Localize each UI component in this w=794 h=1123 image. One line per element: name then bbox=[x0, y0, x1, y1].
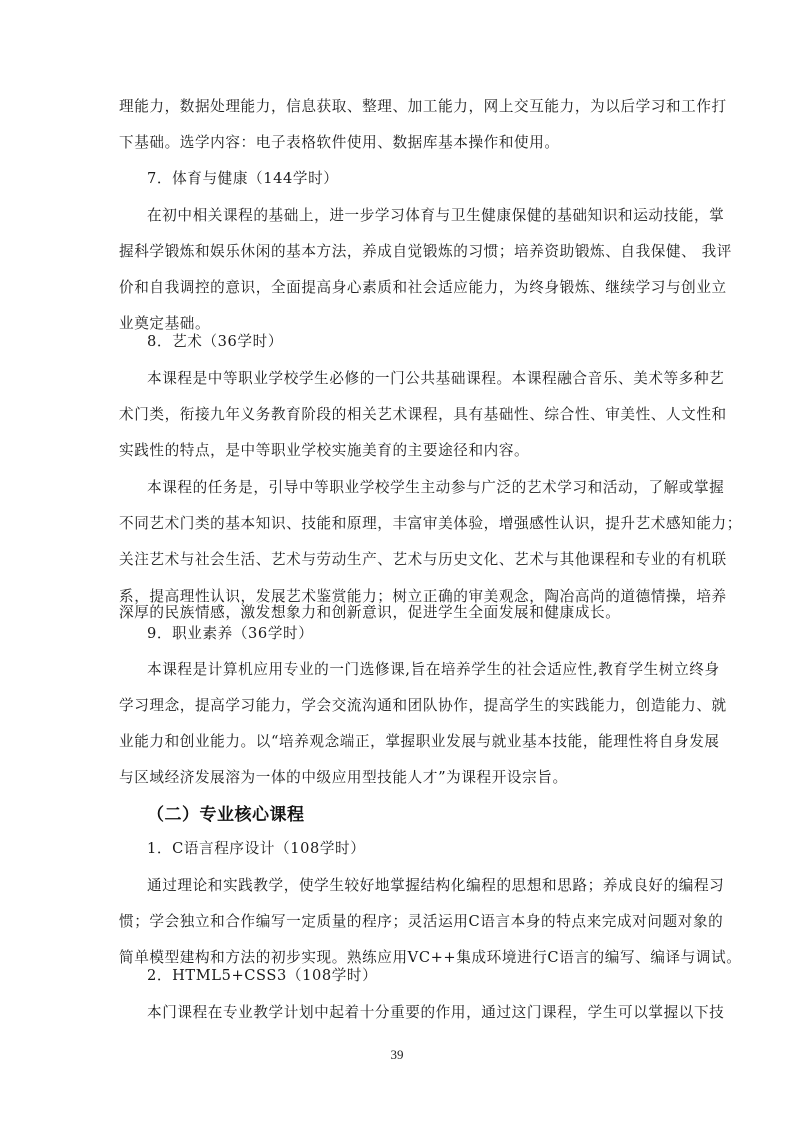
paragraph-line: 在初中相关课程的基础上，进一步学习体育与卫生健康保健的基础知识和运动技能，掌 bbox=[147, 206, 679, 226]
paragraph-line: 握科学锻炼和娱乐休闲的基本方法，养成自觉锻炼的习惯；培养资助锻炼、自我保健、 我… bbox=[119, 242, 679, 262]
paragraph-line: 价和自我调控的意识，全面提高身心素质和社会适应能力，为终身锻炼、继续学习与创业立 bbox=[119, 278, 679, 298]
paragraph-line: 与区域经济发展溶为一体的中级应用型技能人才”为课程开设宗旨。 bbox=[119, 768, 679, 788]
document-page: 理能力，数据处理能力，信息获取、整理、加工能力，网上交互能力，为以后学习和工作打… bbox=[0, 0, 794, 1123]
item-heading-c-programming: 1．C语言程序设计（108学时） bbox=[147, 839, 679, 859]
paragraph-line: 术门类，衔接九年义务教育阶段的相关艺术课程，具有基础性、综合性、审美性、人文性和 bbox=[119, 405, 679, 425]
paragraph-line: 下基础。选学内容：电子表格软件使用、数据库基本操作和使用。 bbox=[119, 133, 679, 153]
paragraph-line: 不同艺术门类的基本知识、技能和原理，丰富审美体验，增强感性认识，提升艺术感知能力… bbox=[119, 514, 679, 534]
paragraph-line: 简单模型建构和方法的初步实现。熟练应用VC++集成环境进行C语言的编写、编译与调… bbox=[119, 948, 679, 968]
section-heading: （二）专业核心课程 bbox=[147, 804, 305, 826]
page-number: 39 bbox=[0, 1047, 794, 1063]
item-heading-art: 8．艺术（36学时） bbox=[147, 332, 679, 352]
paragraph-line: 本课程的任务是，引导中等职业学校学生主动参与广泛的艺术学习和活动，了解或掌握 bbox=[147, 478, 679, 498]
paragraph-line: 关注艺术与社会生活、艺术与劳动生产、艺术与历史文化、艺术与其他课程和专业的有机联 bbox=[119, 550, 679, 570]
paragraph-line: 本课程是中等职业学校学生必修的一门公共基础课程。本课程融合音乐、美术等多种艺 bbox=[147, 369, 679, 389]
item-heading-pe: 7．体育与健康（144学时） bbox=[147, 169, 679, 189]
paragraph-line: 学习理念，提高学习能力，学会交流沟通和团队协作，提高学生的实践能力，创造能力、就 bbox=[119, 696, 679, 716]
paragraph-line: 业奠定基础。 bbox=[119, 314, 679, 334]
paragraph-line: 理能力，数据处理能力，信息获取、整理、加工能力，网上交互能力，为以后学习和工作打 bbox=[119, 97, 679, 117]
paragraph-line: 本课程是计算机应用专业的一门选修课,旨在培养学生的社会适应性,教育学生树立终身 bbox=[147, 660, 679, 680]
paragraph-line: 业能力和创业能力。以“培养观念端正，掌握职业发展与就业基本技能，能理性将自身发展 bbox=[119, 732, 679, 752]
paragraph-line: 惯；学会独立和合作编写一定质量的程序；灵活运用C语言本身的特点来完成对问题对象的 bbox=[119, 912, 679, 932]
paragraph-line: 深厚的民族情感，激发想象力和创新意识，促进学生全面发展和健康成长。 bbox=[119, 603, 679, 623]
paragraph-line: 通过理论和实践教学，使学生较好地掌握结构化编程的思想和思路；养成良好的编程习 bbox=[147, 876, 679, 896]
item-heading-professional-literacy: 9．职业素养（36学时） bbox=[147, 624, 679, 644]
item-heading-html5-css3: 2．HTML5+CSS3（108学时） bbox=[147, 966, 679, 986]
paragraph-line: 实践性的特点，是中等职业学校实施美育的主要途径和内容。 bbox=[119, 441, 679, 461]
paragraph-line: 本门课程在专业教学计划中起着十分重要的作用，通过这门课程，学生可以掌握以下技 bbox=[147, 1003, 679, 1023]
